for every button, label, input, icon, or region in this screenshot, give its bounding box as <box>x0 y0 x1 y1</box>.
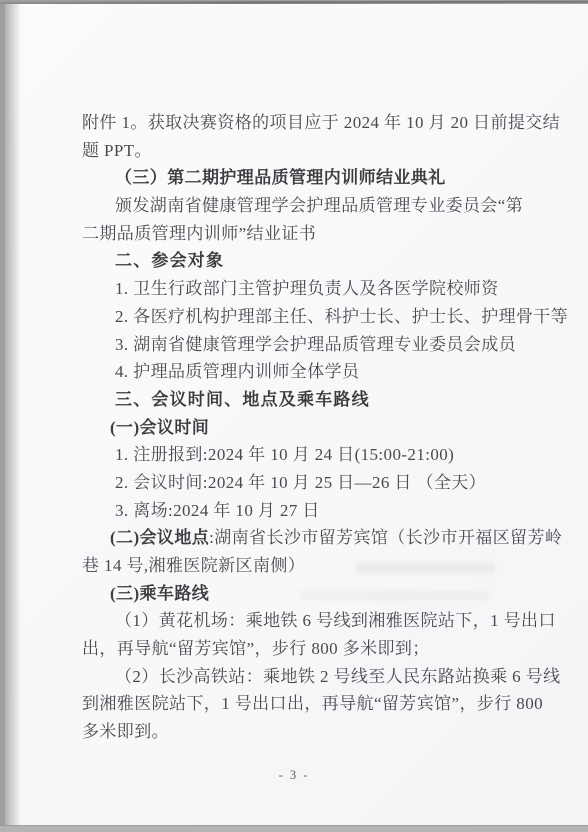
text-segment: (二)会议地点 <box>110 528 209 547</box>
text-segment: 4. 护理品质管理内训师全体学员 <box>115 362 359 381</box>
text-line: 巷 14 号,湘雅医院新区南侧） <box>82 552 518 580</box>
text-segment: 二、参会对象 <box>115 251 224 270</box>
text-segment: 出，再导航“留芳宾馆”，步行 800 多米即到； <box>82 639 430 658</box>
text-segment: 巷 14 号,湘雅医院新区南侧） <box>82 556 305 575</box>
text-line: (三)乘车路线 <box>82 580 518 608</box>
text-segment: 二期品质管理内训师”结业证书 <box>82 224 316 243</box>
text-segment: 到湘雅医院站下，1 号出口出，再导航“留芳宾馆”，步行 800 <box>82 694 543 713</box>
text-segment: 2. 各医疗机构护理部主任、科护士长、护士长、护理骨干等 <box>115 307 568 326</box>
text-line: 二、参会对象 <box>82 247 518 275</box>
text-segment: 颁发湖南省健康管理学会护理品质管理专业委员会“第 <box>115 196 523 215</box>
text-segment: 3. 离场:2024 年 10 月 27 日 <box>115 501 320 520</box>
text-line: 出，再导航“留芳宾馆”，步行 800 多米即到； <box>82 635 518 663</box>
text-segment: 2. 会议时间:2024 年 10 月 25 日—26 日 （全天） <box>115 473 486 492</box>
text-segment: 题 PPT。 <box>82 141 152 160</box>
text-line: 附件 1。获取决赛资格的项目应于 2024 年 10 月 20 日前提交结 <box>82 109 518 137</box>
text-line: 二期品质管理内训师”结业证书 <box>82 220 518 248</box>
text-segment: 三、会议时间、地点及乘车路线 <box>115 390 370 409</box>
text-line: 2. 会议时间:2024 年 10 月 25 日—26 日 （全天） <box>82 469 518 497</box>
text-segment: 1. 卫生行政部门主管护理负责人及各医学院校师资 <box>115 279 499 298</box>
text-line: 三、会议时间、地点及乘车路线 <box>82 386 518 414</box>
page-number: - 3 - <box>0 768 588 783</box>
text-segment: 3. 湖南省健康管理学会护理品质管理专业委员会成员 <box>115 335 516 354</box>
text-segment: （2）长沙高铁站：乘地铁 2 号线至人民东路站换乘 6 号线 <box>115 667 561 686</box>
text-line: 2. 各医疗机构护理部主任、科护士长、护士长、护理骨干等 <box>82 303 518 331</box>
text-segment: 多米即到。 <box>82 722 169 741</box>
text-block: 附件 1。获取决赛资格的项目应于 2024 年 10 月 20 日前提交结题 P… <box>82 109 518 746</box>
text-segment: 1. 注册报到:2024 年 10 月 24 日(15:00-21:00) <box>115 445 454 464</box>
text-line: 题 PPT。 <box>82 137 518 165</box>
text-line: 4. 护理品质管理内训师全体学员 <box>82 358 518 386</box>
text-segment: （1）黄花机场：乘地铁 6 号线到湘雅医院站下，1 号出口 <box>115 611 556 630</box>
text-segment: （三）第二期护理品质管理内训师结业典礼 <box>115 168 446 187</box>
text-segment: (三)乘车路线 <box>110 584 209 603</box>
scan-bottom-edge <box>0 826 588 832</box>
text-line: （三）第二期护理品质管理内训师结业典礼 <box>82 164 518 192</box>
text-line: (一)会议时间 <box>82 414 518 442</box>
scan-left-shadow <box>5 4 21 825</box>
text-line: 3. 湖南省健康管理学会护理品质管理专业委员会成员 <box>82 331 518 359</box>
text-line: （2）长沙高铁站：乘地铁 2 号线至人民东路站换乘 6 号线 <box>82 663 518 691</box>
text-line: (二)会议地点:湖南省长沙市留芳宾馆（长沙市开福区留芳岭 <box>82 524 518 552</box>
text-line: （1）黄花机场：乘地铁 6 号线到湘雅医院站下，1 号出口 <box>82 607 518 635</box>
text-line: 3. 离场:2024 年 10 月 27 日 <box>82 497 518 525</box>
text-line: 1. 卫生行政部门主管护理负责人及各医学院校师资 <box>82 275 518 303</box>
text-line: 颁发湖南省健康管理学会护理品质管理专业委员会“第 <box>82 192 518 220</box>
text-segment: 附件 1。获取决赛资格的项目应于 2024 年 10 月 20 日前提交结 <box>82 113 560 132</box>
text-line: 多米即到。 <box>82 718 518 746</box>
text-line: 1. 注册报到:2024 年 10 月 24 日(15:00-21:00) <box>82 441 518 469</box>
text-segment: :湖南省长沙市留芳宾馆（长沙市开福区留芳岭 <box>209 528 562 547</box>
text-segment: (一)会议时间 <box>110 418 209 437</box>
text-line: 到湘雅医院站下，1 号出口出，再导航“留芳宾馆”，步行 800 <box>82 690 518 718</box>
scanned-document-page: 附件 1。获取决赛资格的项目应于 2024 年 10 月 20 日前提交结题 P… <box>0 0 588 832</box>
